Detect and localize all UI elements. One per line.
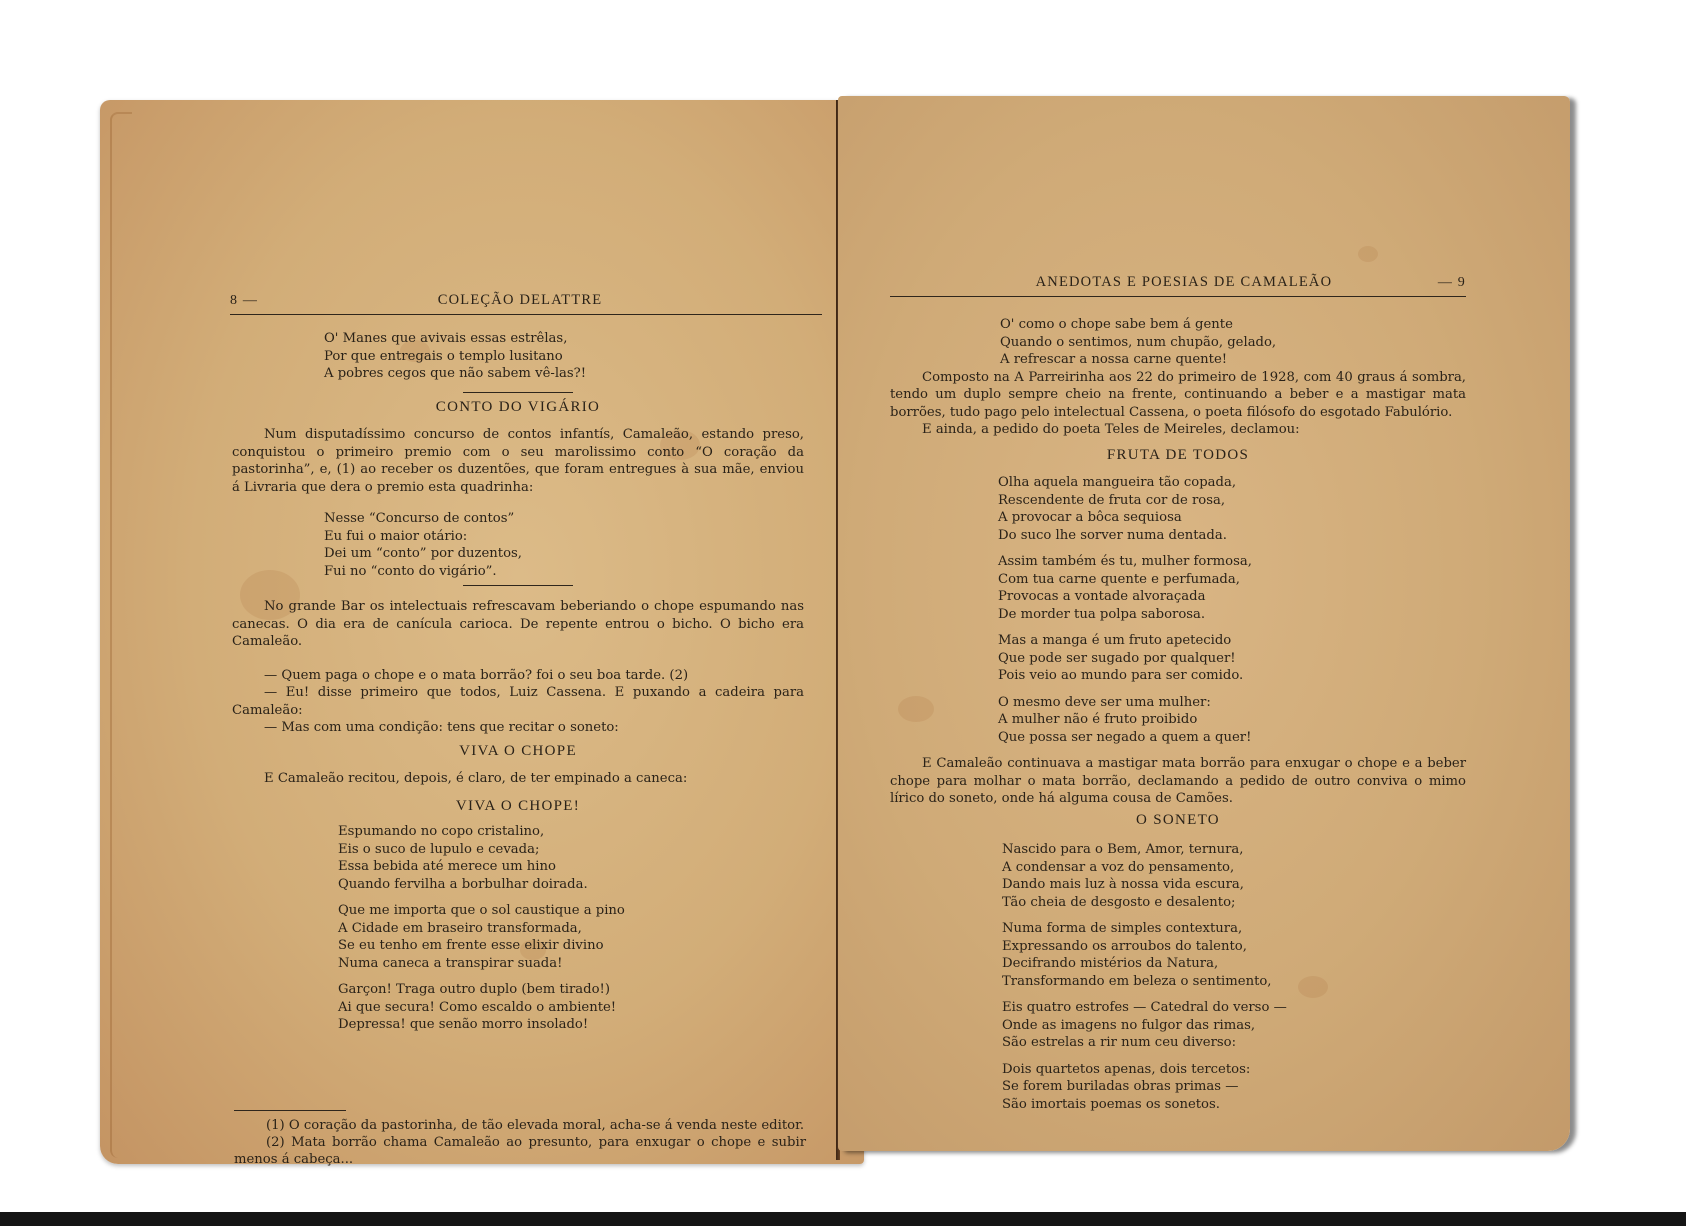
verse-line: Quando fervilha a borbulhar doirada. — [338, 876, 804, 894]
verse-line: Que pode ser sugado por qualquer! — [998, 650, 1466, 668]
footnote-2: (2) Mata borrão chama Camaleão ao presun… — [234, 1134, 806, 1168]
poem-title: FRUTA DE TODOS — [890, 447, 1466, 465]
stanza: O mesmo deve ser uma mulher:A mulher não… — [998, 694, 1466, 747]
stanza: Olha aquela mangueira tão copada,Rescend… — [998, 474, 1466, 544]
verse-line: Numa forma de simples contextura, — [1002, 920, 1466, 938]
subtitle: VIVA O CHOPE — [232, 743, 804, 761]
verse-line: Transformando em beleza o sentimento, — [1002, 973, 1466, 991]
right-running-head-title: ANEDOTAS E POESIAS DE CAMALEÃO — [1036, 274, 1333, 291]
verse-line: Do suco lhe sorver numa dentada. — [998, 527, 1466, 545]
verse-line: Assim também és tu, mulher formosa, — [998, 553, 1466, 571]
stanza: Numa forma de simples contextura,Express… — [1002, 920, 1466, 990]
verse-line: A mulher não é fruto proibido — [998, 711, 1466, 729]
verse-line: Se forem buriladas obras primas — — [1002, 1078, 1466, 1096]
left-page-body: O' Manes que avivais essas estrêlas, Por… — [232, 330, 804, 1043]
stanza: Dois quartetos apenas, dois tercetos:Se … — [1002, 1061, 1466, 1114]
paragraph: No grande Bar os intelectuais refrescava… — [232, 598, 804, 651]
verse-line: Se eu tenho em frente esse elixir divino — [338, 937, 804, 955]
stanza: Garçon! Traga outro duplo (bem tirado!)A… — [338, 981, 804, 1034]
verse-line: Rescendente de fruta cor de rosa, — [998, 492, 1466, 510]
stanza: Mas a manga é um fruto apetecidoQue pode… — [998, 632, 1466, 685]
verse-line: Pois veio ao mundo para ser comido. — [998, 667, 1466, 685]
poem-viva-o-chope: Espumando no copo cristalino,Eis o suco … — [338, 823, 804, 1034]
verse-line: Dando mais luz à nossa vida escura, — [1002, 876, 1466, 894]
section-divider — [463, 585, 573, 586]
verse-line: Provocas a vontade alvoraçada — [998, 588, 1466, 606]
verse-line: A provocar a bôca sequiosa — [998, 509, 1466, 527]
poem-o-soneto: Nascido para o Bem, Amor, ternura,A cond… — [1002, 841, 1466, 1113]
paragraph: Num disputadíssimo concurso de contos in… — [232, 426, 804, 496]
verse-line: Nascido para o Bem, Amor, ternura, — [1002, 841, 1466, 859]
section-divider — [463, 392, 573, 393]
verse-line: Espumando no copo cristalino, — [338, 823, 804, 841]
verse-line: São estrelas a rir num ceu diverso: — [1002, 1034, 1466, 1052]
right-running-header: ANEDOTAS E POESIAS DE CAMALEÃO — 9 — [890, 274, 1466, 297]
verse-line: Depressa! que senão morro insolado! — [338, 1016, 804, 1034]
verse-line: Decifrando mistérios da Natura, — [1002, 955, 1466, 973]
paragraph: E Camaleão continuava a mastigar mata bo… — [890, 755, 1466, 808]
stanza: Eis quatro estrofes — Catedral do verso … — [1002, 999, 1466, 1052]
right-page-body: O' como o chope sabe bem á gente Quando … — [890, 316, 1466, 1122]
verse-line: Tão cheia de desgosto e desalento; — [1002, 894, 1466, 912]
closing-tercet: O' como o chope sabe bem á gente Quando … — [1000, 316, 1466, 369]
dialogue-line: — Quem paga o chope e o mata borrão? foi… — [232, 667, 804, 685]
verse-line: Com tua carne quente e perfumada, — [998, 571, 1466, 589]
verse-line: A condensar a voz do pensamento, — [1002, 859, 1466, 877]
dialogue-line: — Eu! disse primeiro que todos, Luiz Cas… — [232, 684, 804, 719]
verse-line: Mas a manga é um fruto apetecido — [998, 632, 1466, 650]
verse-line: Essa bebida até merece um hino — [338, 858, 804, 876]
footnote-1: (1) O coração da pastorinha, de tão elev… — [234, 1117, 806, 1134]
paragraph: Composto na A Parreirinha aos 22 do prim… — [890, 369, 1466, 422]
verse-line: Onde as imagens no fulgor das rimas, — [1002, 1017, 1466, 1035]
verse-line: Expressando os arroubos do talento, — [1002, 938, 1466, 956]
scan-bottom-edge — [0, 1212, 1686, 1226]
paragraph: E Camaleão recitou, depois, é claro, de … — [232, 770, 804, 788]
verse-line: Olha aquela mangueira tão copada, — [998, 474, 1466, 492]
stanza: Nascido para o Bem, Amor, ternura,A cond… — [1002, 841, 1466, 911]
verse-line: Dois quartetos apenas, dois tercetos: — [1002, 1061, 1466, 1079]
stanza: Assim também és tu, mulher formosa,Com t… — [998, 553, 1466, 623]
right-page-number: — 9 — [1438, 275, 1466, 291]
verse-line: Ai que secura! Como escaldo o ambiente! — [338, 999, 804, 1017]
left-page: 8 — COLEÇÃO DELATTRE O' Manes que avivai… — [100, 100, 864, 1164]
right-page: ANEDOTAS E POESIAS DE CAMALEÃO — 9 O' co… — [838, 96, 1570, 1151]
footnotes: (1) O coração da pastorinha, de tão elev… — [234, 1110, 806, 1168]
quadrinha: Nesse “Concurso de contos” Eu fui o maio… — [324, 510, 804, 580]
paragraph: E ainda, a pedido do poeta Teles de Meir… — [890, 421, 1466, 439]
poem-fruta-de-todos: Olha aquela mangueira tão copada,Rescend… — [998, 474, 1466, 746]
verse-line: O mesmo deve ser uma mulher: — [998, 694, 1466, 712]
verse-line: São imortais poemas os sonetos. — [1002, 1096, 1466, 1114]
footnote-divider — [234, 1110, 346, 1111]
verse-line: Que me importa que o sol caustique a pin… — [338, 902, 804, 920]
verse-line: Eis o suco de lupulo e cevada; — [338, 841, 804, 859]
verse-line: A Cidade em braseiro transformada, — [338, 920, 804, 938]
verse-line: Que possa ser negado a quem a quer! — [998, 729, 1466, 747]
left-running-head-title: COLEÇÃO DELATTRE — [438, 292, 603, 309]
section-title: CONTO DO VIGÁRIO — [232, 399, 804, 417]
verse-line: De morder tua polpa saborosa. — [998, 606, 1466, 624]
stanza: Espumando no copo cristalino,Eis o suco … — [338, 823, 804, 893]
left-running-header: 8 — COLEÇÃO DELATTRE — [230, 292, 822, 315]
verse-line: Garçon! Traga outro duplo (bem tirado!) — [338, 981, 804, 999]
verse-line: Numa caneca a transpirar suada! — [338, 955, 804, 973]
opening-stanza: O' Manes que avivais essas estrêlas, Por… — [324, 330, 804, 383]
poem-title: O SONETO — [890, 812, 1466, 830]
left-page-number: 8 — — [230, 293, 258, 309]
stanza: Que me importa que o sol caustique a pin… — [338, 902, 804, 972]
dialogue-line: — Mas com uma condição: tens que recitar… — [232, 719, 804, 737]
poem-title: VIVA O CHOPE! — [232, 798, 804, 816]
verse-line: Eis quatro estrofes — Catedral do verso … — [1002, 999, 1466, 1017]
